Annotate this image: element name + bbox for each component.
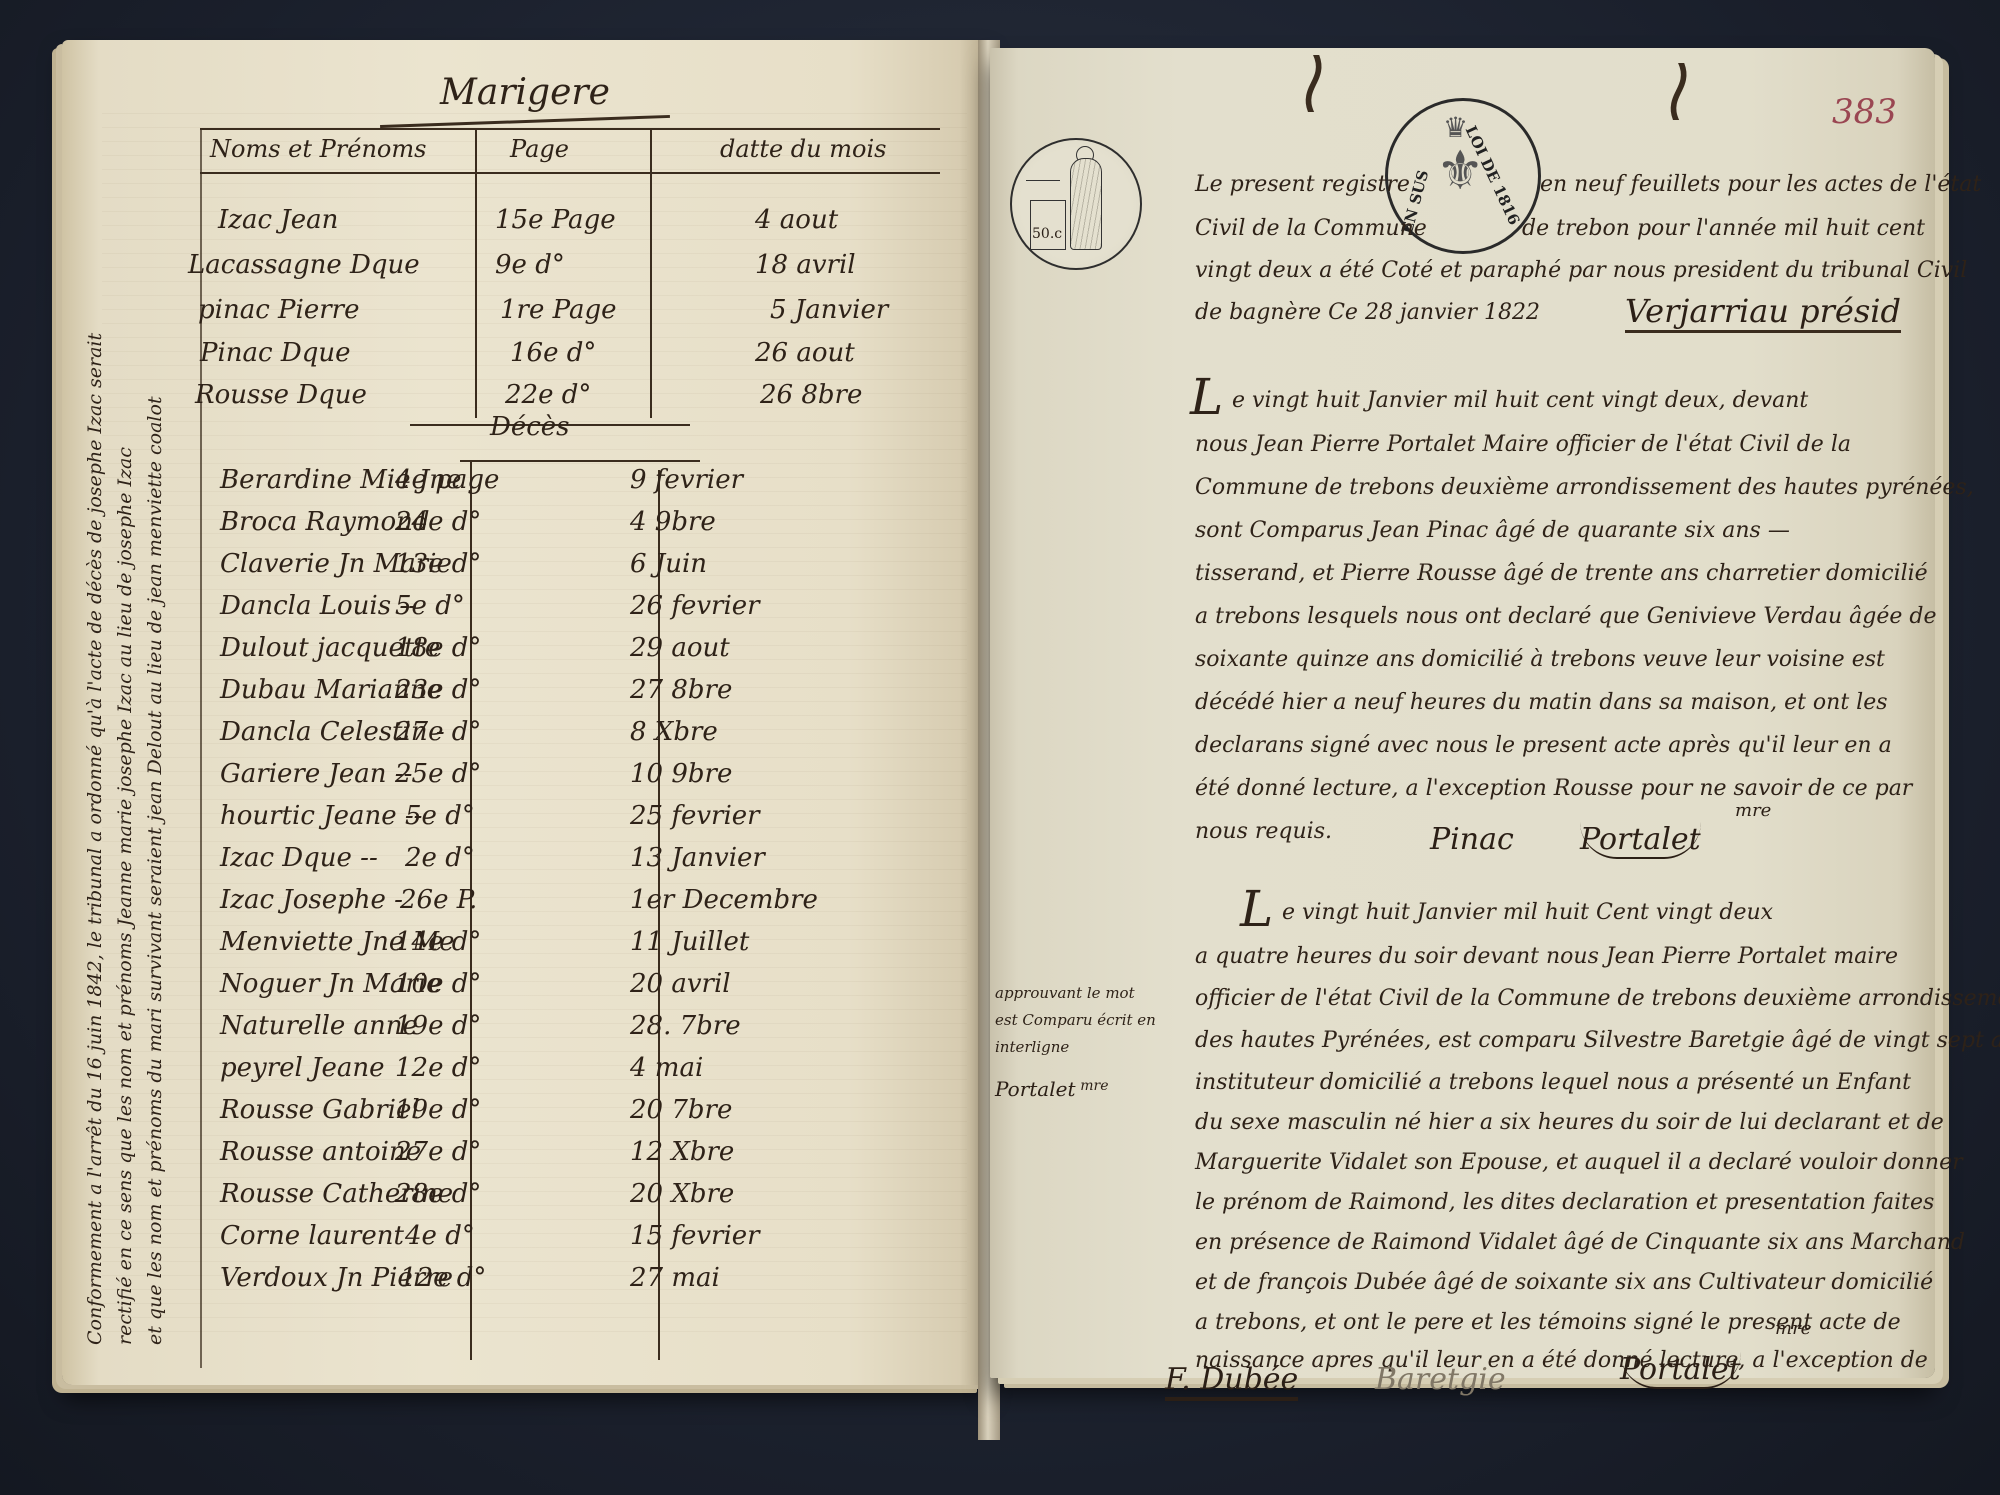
act-text-line: tisserand, et Pierre Rousse âgé de trent… (1195, 561, 1928, 586)
entry-date: 26 8bre (760, 380, 862, 410)
entry-page: 28e d° (395, 1179, 481, 1209)
folio-number: 383 (1832, 92, 1897, 132)
column-header-date: datte du mois (720, 135, 886, 163)
header-text-line: vingt deux a été Coté et paraphé par nou… (1195, 258, 1967, 283)
entry-page: 5e d° (405, 801, 475, 831)
entry-name: Corne laurent (220, 1221, 404, 1251)
side-note-signature: Portalet (995, 1077, 1075, 1101)
entry-date: 25 fevrier (630, 801, 760, 831)
column-header-page: Page (510, 135, 569, 163)
marginal-approval-note: approuvant le mot est Comparu écrit en i… (995, 980, 1165, 1105)
act-text-line: Marguerite Vidalet son Epouse, et auquel… (1195, 1150, 1963, 1175)
entry-name: Izac Jean (218, 205, 338, 235)
margin-note-line: et que les nom et prénoms du mari surviv… (140, 55, 170, 1345)
entry-date: 4 aout (755, 205, 838, 235)
signature-dubee: F. Dubée (1165, 1362, 1298, 1401)
entry-page: 24e d° (395, 507, 481, 537)
entry-date: 8 Xbre (630, 717, 718, 747)
entry-date: 5 Janvier (770, 295, 888, 325)
initial-letter: L (1240, 880, 1273, 938)
act-text-line: declarans signé avec nous le present act… (1195, 733, 1892, 758)
entry-page: 13e d° (395, 549, 481, 579)
entry-date: 26 fevrier (630, 591, 760, 621)
entry-name: pinac Pierre (198, 295, 359, 325)
header-text-line: de trebon pour l'année mil huit cent (1522, 216, 1925, 241)
entry-date: 28. 7bre (630, 1011, 741, 1041)
act-text-line: le prénom de Raimond, les dites declarat… (1195, 1190, 1934, 1215)
entry-page: 26e P. (400, 885, 477, 915)
signature-title: mre (1735, 800, 1771, 821)
entry-page: 22e d° (505, 380, 591, 410)
entry-date: 4 mai (630, 1053, 703, 1083)
entry-name: Dancla Louis -- (220, 591, 417, 621)
brace-mark: ≀ (1660, 36, 1686, 143)
act-text-line: a quatre heures du soir devant nous Jean… (1195, 944, 1898, 969)
act-text-line: e vingt huit Janvier mil huit Cent vingt… (1282, 900, 1773, 925)
entry-date: 29 aout (630, 633, 730, 663)
entry-page: 12e d° (395, 1053, 481, 1083)
act-text-line: Commune de trebons deuxième arrondisseme… (1195, 475, 1974, 500)
entry-date: 15 fevrier (630, 1221, 760, 1251)
entry-date: 27 8bre (630, 675, 732, 705)
entry-name: hourtic Jeane -- (220, 801, 422, 831)
entry-page: 5e d° (395, 591, 465, 621)
entry-date: 18 avril (755, 250, 856, 280)
act-text-line: instituteur domicilié a trebons lequel n… (1195, 1070, 1911, 1095)
entry-date: 4 9bre (630, 507, 716, 537)
entry-date: 20 Xbre (630, 1179, 734, 1209)
margin-annotation: Conformement a l'arrêt du 16 juin 1842, … (80, 55, 170, 1345)
deces-rule (460, 460, 700, 462)
entry-date: 27 mai (630, 1263, 720, 1293)
signature-portalet: Portalet (1580, 822, 1701, 859)
margin-note-line: rectifié en ce sens que les nom et préno… (110, 55, 140, 1345)
entry-page: 15e Page (495, 205, 616, 235)
entry-date: 20 7bre (630, 1095, 732, 1125)
entry-name: Naturelle anne (220, 1011, 418, 1041)
header-text-line: Le present registre (1195, 172, 1410, 197)
act-text-line: été donné lecture, a l'exception Rousse … (1195, 776, 1912, 801)
column-header-name: Noms et Prénoms (210, 135, 426, 163)
signature-pinac: Pinac (1430, 822, 1514, 857)
entry-date: 11 Juillet (630, 927, 749, 957)
entry-name: Izac Dque -- (220, 843, 378, 873)
president-signature: Verjarriau présid (1625, 292, 1901, 333)
brace-mark: ≀ (1295, 28, 1321, 135)
entry-page: 4e d° (405, 1221, 475, 1251)
register-title: Marigere (440, 72, 610, 113)
side-note-line: est Comparu écrit en (995, 1007, 1165, 1034)
entry-page: 4e page (395, 465, 499, 495)
justice-revenue-stamp: 50.c (1010, 138, 1142, 270)
entry-page: 16e d° (510, 338, 596, 368)
entry-page: 27e d° (395, 1137, 481, 1167)
entry-name: Pinac Dque (200, 338, 351, 368)
entry-name: Gariere Jean -- (220, 759, 412, 789)
act-text-line: sont Comparus Jean Pinac âgé de quarante… (1195, 518, 1790, 543)
stamp-plinth (1030, 200, 1066, 250)
act-text-line: a trebons lesquels nous ont declaré que … (1195, 604, 1937, 629)
entry-name: Lacassagne Dque (188, 250, 420, 280)
act-text-line: nous requis. (1195, 819, 1332, 844)
entry-name: Izac Josephe - (220, 885, 403, 915)
act-text-line: e vingt huit Janvier mil huit cent vingt… (1232, 388, 1808, 413)
act-text-line: naissance apres qu'il leur en a été donn… (1195, 1348, 1928, 1373)
act-text-line: du sexe masculin né hier a six heures du… (1195, 1110, 1944, 1135)
margin-note-line: Conformement a l'arrêt du 16 juin 1842, … (80, 55, 110, 1345)
deaths-section-title: Décès (490, 412, 570, 442)
entry-name: Rousse antoine (220, 1137, 421, 1167)
side-note-line: approuvant le mot (995, 980, 1165, 1007)
table-header-rule (200, 172, 940, 174)
entry-date: 1er Decembre (630, 885, 818, 915)
initial-letter: L (1190, 368, 1223, 426)
entry-page: 23e d° (395, 675, 481, 705)
entry-page: 10e d° (395, 969, 481, 999)
act-text-line: en présence de Raimond Vidalet âgé de Ci… (1195, 1230, 1965, 1255)
scales-icon (1026, 180, 1060, 195)
entry-page: 19e d° (395, 1011, 481, 1041)
signature-baretgie: Baretgie (1375, 1362, 1506, 1397)
entry-date: 26 aout (755, 338, 855, 368)
act-text-line: officier de l'état Civil de la Commune d… (1195, 986, 2000, 1011)
side-note-line: interligne (995, 1034, 1165, 1061)
entry-date: 12 Xbre (630, 1137, 734, 1167)
entry-name: Rousse Dque (195, 380, 367, 410)
header-text-line: Civil de la Commune (1195, 216, 1427, 241)
act-text-line: et de françois Dubée âgé de soixante six… (1195, 1270, 1933, 1295)
signature-portalet: Portalet (1620, 1352, 1741, 1389)
entry-page: 25e d° (395, 759, 481, 789)
entry-page: 2e d° (405, 843, 475, 873)
act-text-line: nous Jean Pierre Portalet Maire officier… (1195, 432, 1851, 457)
side-note-title: mre (1080, 1078, 1108, 1094)
entry-name: Rousse Gabriel (220, 1095, 420, 1125)
act-text-line: des hautes Pyrénées, est comparu Silvest… (1195, 1028, 2000, 1053)
entry-date: 20 avril (630, 969, 731, 999)
header-text-line: en neuf feuillets pour les actes de l'ét… (1540, 172, 1981, 197)
signature-title: mre (1775, 1318, 1811, 1339)
entry-date: 9 fevrier (630, 465, 743, 495)
entry-page: 14e d° (395, 927, 481, 957)
entry-page: 19e d° (395, 1095, 481, 1125)
entry-date: 13 Janvier (630, 843, 765, 873)
entry-page: 18e d° (395, 633, 481, 663)
act-text-line: soixante quinze ans domicilié à trebons … (1195, 647, 1885, 672)
entry-page: 12e d° (400, 1263, 486, 1293)
act-text-line: décédé hier a neuf heures du matin dans … (1195, 690, 1888, 715)
entry-page: 27e d° (395, 717, 481, 747)
entry-date: 6 Juin (630, 549, 707, 579)
entry-name: peyrel Jeane (220, 1053, 385, 1083)
header-text-line: de bagnère Ce 28 janvier 1822 (1195, 300, 1540, 325)
table-top-rule (200, 128, 940, 130)
entry-date: 10 9bre (630, 759, 732, 789)
stamp-value: 50.c (1032, 226, 1062, 242)
stamp-figure (1070, 158, 1102, 250)
entry-page: 1re Page (500, 295, 616, 325)
entry-page: 9e d° (495, 250, 565, 280)
